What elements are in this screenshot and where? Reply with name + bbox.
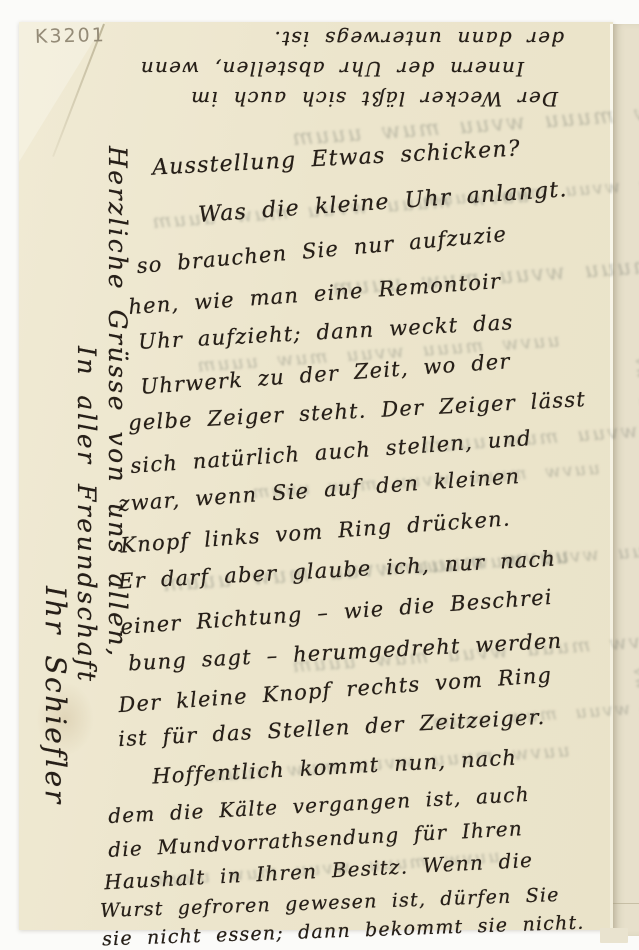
- catalog-number-pencil: K3201: [35, 24, 106, 48]
- paper-fragment: [600, 928, 628, 943]
- postscript-line: Innern der Uhr abstellen, wenn: [118, 54, 524, 84]
- page-edge-strip: [613, 24, 639, 936]
- scanned-letter-page: uuvw muuu wvuu muw uuum uuvw muuu wvuu m…: [0, 0, 639, 950]
- postscript-line: der dann unterwegs ist.: [118, 24, 564, 54]
- fold-crease: [610, 24, 613, 930]
- postscript-line: Der Wecker läßt sich auch im: [118, 84, 558, 114]
- signature: Ihr Schiefler: [40, 586, 71, 938]
- strip-crease-line: [613, 903, 639, 904]
- margin-line: In aller Freundschaft: [71, 346, 102, 938]
- inverted-postscript: Der Wecker läßt sich auch im Innern der …: [118, 24, 568, 114]
